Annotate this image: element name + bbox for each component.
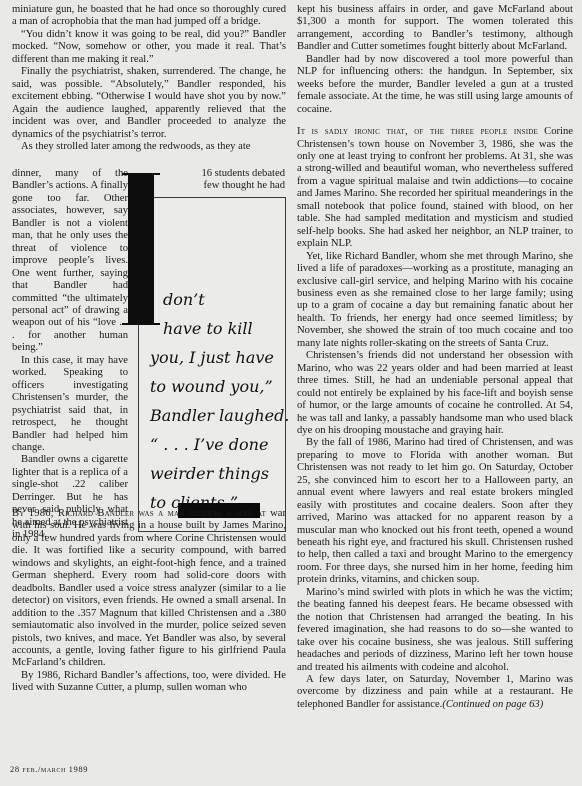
left-column-bottom: By 1986, Richard Bandler was a man divid… — [12, 508, 286, 695]
right-column: kept his business affairs in order, and … — [297, 4, 573, 711]
pull-quote-line: have to kill — [150, 314, 285, 343]
wrap-text-right: 16 students debated few thought he had — [195, 168, 285, 193]
paragraph-text: Corine Christensen’s town house on Novem… — [297, 126, 573, 249]
section-lead: By 1986, Richard Bandler was a man divid… — [12, 508, 266, 519]
magazine-page: miniature gun, he boasted that he had on… — [0, 0, 582, 786]
pull-quote-line: weirder things — [150, 459, 285, 488]
page-folio: 28 feb./march 1989 — [10, 764, 88, 774]
paragraph: By 1986, Richard Bandler was a man divid… — [12, 508, 286, 670]
paragraph: Yet, like Richard Bandler, whom she met … — [297, 251, 573, 351]
paragraph: Finally the psychiatrist, shaken, surren… — [12, 66, 286, 141]
paragraph-text: war with his soul. He was living in a ho… — [12, 508, 286, 668]
paragraph: kept his business affairs in order, and … — [297, 4, 573, 54]
left-column-top: miniature gun, he boasted that he had on… — [12, 4, 286, 153]
paragraph: Marino’s mind swirled with plots in whic… — [297, 587, 573, 674]
paragraph: As they strolled later among the redwood… — [12, 141, 286, 153]
paragraph: Bandler had by now discovered a tool mor… — [297, 54, 573, 116]
pull-quote-line: you, I just have — [150, 343, 285, 372]
pull-quote: don’t have to kill you, I just have to w… — [150, 285, 285, 517]
paragraph: By the fall of 1986, Marino had tired of… — [297, 437, 573, 586]
pull-quote-line: “ . . . I’ve done — [150, 430, 285, 459]
paragraph: A few days later, on Saturday, November … — [297, 674, 573, 711]
pull-quote-line: Bandler laughed. — [150, 401, 285, 430]
paragraph: Christensen’s friends did not understand… — [297, 350, 573, 437]
pull-quote-line: don’t — [150, 285, 285, 314]
paragraph-fragment: 16 students debated few thought he had — [195, 168, 285, 193]
continued-link[interactable]: (Continued on page 63) — [442, 699, 543, 710]
paragraph: By 1986, Richard Bandler’s affections, t… — [12, 670, 286, 695]
pull-quote-line: to wound you,” — [150, 372, 285, 401]
paragraph: In this case, it may have worked. Speaki… — [12, 355, 128, 455]
paragraph: miniature gun, he boasted that he had on… — [12, 4, 286, 29]
left-column-narrow: dinner, many of the Bandler’s actions. A… — [12, 168, 128, 542]
paragraph: dinner, many of the Bandler’s actions. A… — [12, 168, 128, 355]
paragraph: “You didn’t know it was going to be real… — [12, 29, 286, 66]
paragraph: It is sadly ironic that, of the three pe… — [297, 126, 573, 251]
section-lead: It is sadly ironic that, of the three pe… — [297, 126, 538, 137]
